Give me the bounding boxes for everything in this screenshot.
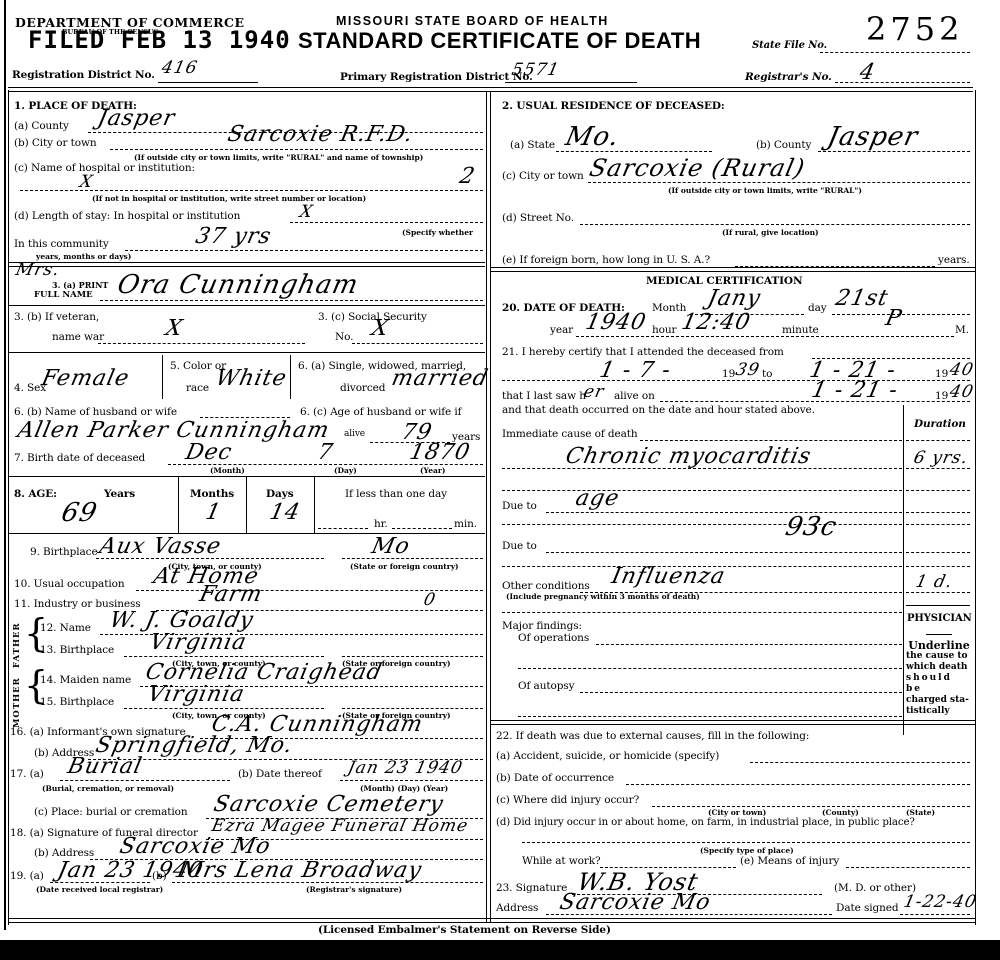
other-conditions-value: Influenza bbox=[609, 564, 727, 589]
margin-code: 93c bbox=[783, 512, 840, 542]
res-street-note: (If rural, give location) bbox=[722, 228, 819, 237]
physician-label: PHYSICIAN bbox=[907, 613, 972, 624]
age-months-value: 1 bbox=[203, 500, 223, 525]
death-month-label: Month bbox=[652, 302, 686, 314]
pod-stay-label: (d) Length of stay: In hospital or insti… bbox=[14, 210, 240, 222]
other-conditions-note: (Include pregnancy within 3 months of de… bbox=[506, 592, 700, 601]
autopsy-label: Of autopsy bbox=[518, 680, 574, 692]
attended-from-year: 39 bbox=[734, 360, 762, 380]
injury-where-label: (c) Where did injury occur? bbox=[496, 794, 639, 806]
last-saw-label: that I last saw h bbox=[502, 390, 586, 402]
where-state-note: (State) bbox=[906, 808, 935, 817]
race-label: race bbox=[186, 382, 209, 394]
physician-address-value: Sarcoxie Mo bbox=[557, 890, 713, 915]
death-ampm-value: P bbox=[883, 306, 904, 331]
due-to-1-value: age bbox=[573, 486, 622, 511]
immediate-duration-value: 6 yrs. bbox=[912, 448, 970, 468]
res-foreign-label: (e) If foreign born, how long in U. S. A… bbox=[502, 254, 710, 266]
res-state-label: (a) State bbox=[510, 139, 555, 151]
pod-hospital-value: X bbox=[78, 172, 95, 192]
birthplace-city-value: Aux Vasse bbox=[97, 534, 223, 559]
spouse-age-label: 6. (c) Age of husband or wife if bbox=[300, 406, 461, 418]
burial-type-value: Burial bbox=[65, 754, 144, 779]
occurrence-date-label: (b) Date of occurrence bbox=[496, 772, 614, 784]
pod-community-label: In this community bbox=[14, 238, 109, 250]
state-file-number: 2752 bbox=[866, 10, 963, 48]
res-state-value: Mo. bbox=[563, 122, 622, 152]
alive-on-label: alive on bbox=[614, 390, 655, 402]
alive-on-value: 1 - 21 - bbox=[809, 378, 900, 403]
registrar-no-label: Registrar's No. bbox=[745, 71, 832, 83]
father-name-label: 12. Name bbox=[40, 622, 91, 634]
birth-day-note: (Day) bbox=[334, 466, 357, 475]
birth-year-value: 1870 bbox=[407, 440, 472, 465]
father-birthplace-value: Virginia bbox=[147, 630, 249, 655]
death-minute-label: minute bbox=[782, 324, 819, 336]
burial-type-note: (Burial, cremation, or removal) bbox=[42, 784, 174, 793]
injury-place-label: (d) Did injury occur in or about home, o… bbox=[496, 817, 915, 828]
means-of-injury-label: (e) Means of injury bbox=[740, 855, 839, 867]
industry-value: Farm bbox=[197, 582, 265, 607]
md-label: (M. D. or other) bbox=[834, 882, 916, 894]
pod-hospital-note: (If not in hospital or institution, writ… bbox=[92, 194, 366, 203]
funeral-address-value: Sarcoxie Mo bbox=[117, 834, 273, 859]
occupation-label: 10. Usual occupation bbox=[14, 578, 124, 590]
age-years-value: 69 bbox=[59, 498, 100, 528]
birth-year-note: (Year) bbox=[420, 466, 445, 475]
father-side-label: FATHER bbox=[12, 622, 22, 668]
burial-date-value: Jan 23 1940 bbox=[346, 758, 465, 778]
physician-signature-label: 23. Signature bbox=[496, 882, 567, 894]
pod-community-value: 37 yrs bbox=[193, 224, 274, 249]
age-less-label: If less than one day bbox=[345, 488, 447, 500]
burial-place-value: Sarcoxie Cemetery bbox=[211, 792, 446, 817]
duration-label: Duration bbox=[914, 418, 966, 430]
res-city-note: (If outside city or town limits, write "… bbox=[668, 186, 862, 195]
name-prefix: Mrs. bbox=[14, 260, 62, 280]
war-value: X bbox=[163, 316, 185, 341]
res-county-value: Jasper bbox=[825, 122, 921, 152]
pod-city-value: Sarcoxie R.F.D. bbox=[225, 122, 415, 147]
where-county-note: (County) bbox=[822, 808, 859, 817]
name-label: FULL NAME bbox=[34, 290, 93, 300]
due-to-2-label: Due to bbox=[502, 540, 537, 552]
mother-side-label: MOTHER bbox=[12, 677, 22, 728]
veteran-label: 3. (b) If veteran, bbox=[14, 311, 99, 323]
pod-hospital-mark: 2 bbox=[457, 164, 477, 189]
marital-value: married bbox=[389, 366, 490, 391]
place-type-note: (Specify type of place) bbox=[700, 846, 794, 855]
mother-birthplace-label: 15. Birthplace bbox=[40, 696, 114, 708]
spouse-label: 6. (b) Name of husband or wife bbox=[14, 406, 177, 418]
date-signed-label: Date signed bbox=[836, 902, 899, 914]
footer-note: (Licensed Embalmer's Statement on Revers… bbox=[318, 924, 611, 936]
board-label: MISSOURI STATE BOARD OF HEALTH bbox=[336, 14, 609, 28]
burial-type-label: 17. (a) bbox=[10, 768, 44, 780]
burial-date-label: (b) Date thereof bbox=[238, 768, 322, 780]
operations-label: Of operations bbox=[518, 632, 589, 644]
immediate-cause-value: Chronic myocarditis bbox=[563, 444, 813, 469]
full-name-value: Ora Cunningham bbox=[115, 270, 362, 300]
res-city-label: (c) City or town bbox=[502, 170, 584, 182]
marital-label-2: divorced bbox=[340, 382, 385, 394]
pod-specify-note: (Specify whether bbox=[402, 228, 473, 237]
registrar-signature-note: (Registrar's signature) bbox=[306, 885, 402, 894]
alive-on-year: 40 bbox=[948, 382, 976, 402]
pod-city-label: (b) City or town bbox=[14, 137, 97, 149]
registration-district-label: Registration District No. bbox=[12, 69, 155, 81]
filed-stamp: FILED FEB 13 1940 bbox=[28, 26, 291, 54]
res-foreign-suffix: years. bbox=[938, 254, 970, 266]
registrar-date-label: 19. (a) bbox=[10, 870, 44, 882]
other-duration-value: 1 d. bbox=[914, 572, 955, 592]
pod-county-label: (a) County bbox=[14, 120, 69, 132]
industry-mark: 0 bbox=[422, 590, 438, 610]
scan-border bbox=[0, 940, 1000, 960]
age-min-label: min. bbox=[454, 518, 477, 530]
date-signed-value: 1-22-40 bbox=[902, 892, 979, 912]
age-years-label: Years bbox=[104, 488, 135, 500]
birth-month-value: Dec bbox=[183, 440, 234, 465]
res-city-value: Sarcoxie (Rural) bbox=[587, 154, 808, 182]
registrar-signature-value: Mrs Lena Broadway bbox=[177, 858, 424, 883]
death-m-label: M. bbox=[955, 324, 969, 336]
death-month-value: Jany bbox=[705, 286, 763, 311]
pod-city-note: (If outside city or town limits, write "… bbox=[134, 153, 423, 162]
last-saw-pronoun: er bbox=[582, 382, 606, 402]
age-label: 8. AGE: bbox=[14, 488, 57, 500]
birth-month-note: (Month) bbox=[210, 466, 245, 475]
mother-birthplace-value: Virginia bbox=[145, 682, 247, 707]
father-birthplace-label: 13. Birthplace bbox=[40, 644, 114, 656]
stated-above-label: and that death occurred on the date and … bbox=[502, 404, 815, 416]
death-year-value: 1940 bbox=[583, 310, 648, 335]
birth-day-value: 7 bbox=[315, 440, 335, 465]
underline-note: Underline the cause to which death shoul… bbox=[906, 640, 972, 717]
attended-to-label: to bbox=[762, 368, 772, 380]
name-label-top: 3. (a) PRINT bbox=[52, 280, 108, 290]
attended-to-year-prefix: 19 bbox=[935, 368, 948, 380]
pod-hospital-label: (c) Name of hospital or institution: bbox=[14, 162, 195, 174]
state-file-label: State File No. bbox=[752, 40, 827, 51]
page-title: STANDARD CERTIFICATE OF DEATH bbox=[298, 28, 701, 54]
registration-district-value: 416 bbox=[160, 58, 200, 78]
res-street-label: (d) Street No. bbox=[502, 212, 574, 224]
death-hour-value: 12:40 bbox=[679, 310, 753, 335]
birth-date-label: 7. Birth date of deceased bbox=[14, 452, 145, 464]
race-value: White bbox=[213, 366, 289, 391]
spouse-name-value: Allen Parker Cunningham bbox=[15, 418, 332, 443]
birthplace-label: 9. Birthplace bbox=[30, 546, 98, 558]
primary-district-label: Primary Registration District No. bbox=[340, 71, 533, 83]
where-city-note: (City or town) bbox=[708, 808, 766, 817]
registrar-date-note: (Date received local registrar) bbox=[36, 885, 163, 894]
age-days-value: 14 bbox=[267, 500, 302, 525]
registrar-signature-label: (b) bbox=[152, 870, 167, 882]
death-year-label: year bbox=[550, 324, 573, 336]
birthplace-state-note: (State or foreign country) bbox=[350, 562, 459, 571]
age-days-label: Days bbox=[266, 488, 294, 500]
due-to-1-label: Due to bbox=[502, 500, 537, 512]
burial-place-label: (c) Place: burial or cremation bbox=[34, 806, 188, 818]
funeral-director-value: Ezra Magee Funeral Home bbox=[210, 816, 470, 836]
birthplace-state-value: Mo bbox=[369, 534, 412, 559]
pod-stay-value: X bbox=[298, 202, 315, 222]
alive-label: alive bbox=[344, 429, 365, 439]
sex-value: Female bbox=[39, 366, 131, 391]
primary-district-value: 5571 bbox=[510, 60, 562, 80]
accident-label: (a) Accident, suicide, or homicide (spec… bbox=[496, 750, 719, 762]
mother-maiden-label: 14. Maiden name bbox=[40, 674, 131, 686]
attended-to-year: 40 bbox=[948, 360, 976, 380]
while-at-work-label: While at work? bbox=[522, 855, 601, 867]
res-county-label: (b) County bbox=[756, 139, 811, 151]
war-label: name war bbox=[52, 331, 104, 343]
certify-label: 21. I hereby certify that I attended the… bbox=[502, 346, 784, 358]
age-hr-label: hr. bbox=[374, 518, 388, 530]
external-heading: 22. If death was due to external causes,… bbox=[496, 730, 809, 742]
pod-county-value: Jasper bbox=[95, 106, 177, 131]
age-months-label: Months bbox=[190, 488, 234, 500]
death-hour-label: hour bbox=[652, 324, 676, 336]
physician-address-label: Address bbox=[496, 902, 538, 914]
immediate-cause-label: Immediate cause of death bbox=[502, 428, 638, 440]
ss-no-label: No. bbox=[335, 331, 353, 343]
death-day-value: 21st bbox=[833, 286, 890, 311]
other-conditions-label: Other conditions bbox=[502, 580, 590, 592]
usual-residence-heading: 2. USUAL RESIDENCE OF DECEASED: bbox=[502, 100, 725, 112]
major-findings-label: Major findings: bbox=[502, 620, 582, 632]
death-day-label: day bbox=[808, 302, 827, 314]
